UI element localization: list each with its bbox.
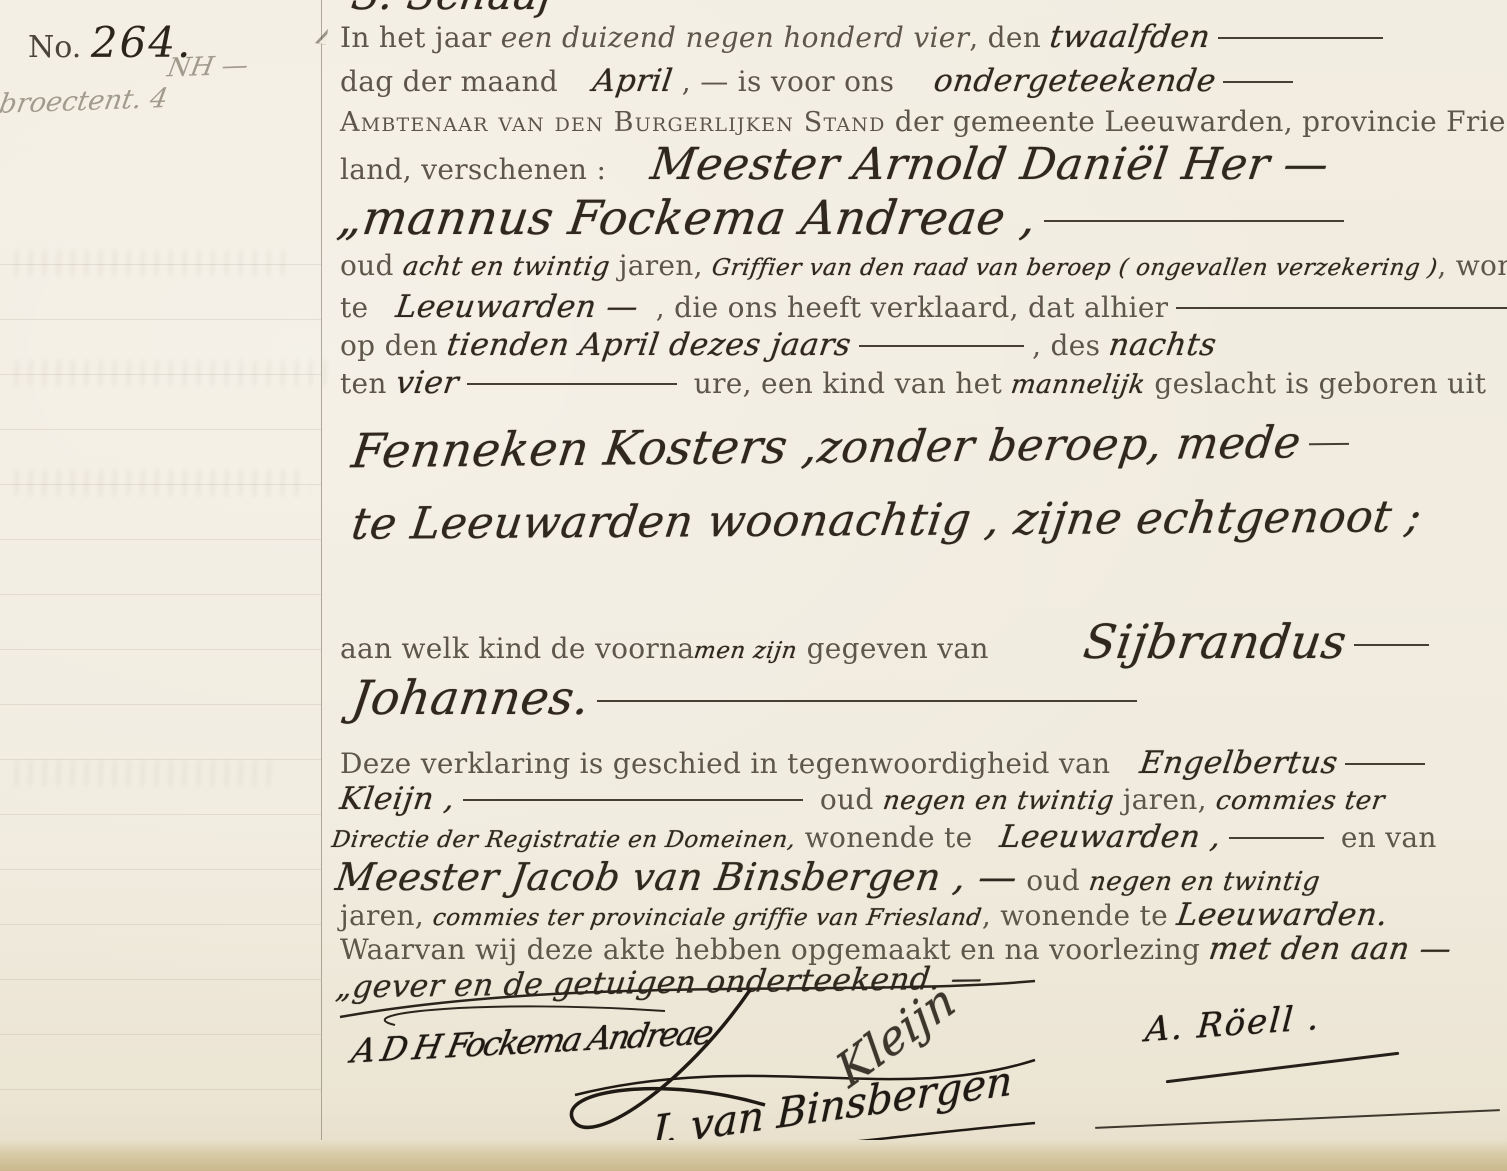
printed-text: In het jaar	[340, 21, 501, 54]
printed-text: en van	[1332, 821, 1437, 854]
handwritten-declarant-name-2: „mannus Fockema Andreae ,	[334, 192, 1040, 246]
filler-rule	[1309, 443, 1349, 445]
act-number-label: No.	[28, 30, 81, 65]
printed-text: oud	[1017, 864, 1089, 897]
handwritten-undersigned: ondergeteekende	[931, 64, 1218, 100]
printed-smallcaps: Ambtenaar van den Burgerlijken Stand	[340, 107, 886, 138]
top-cutoff-inscription: S. Schaaf	[349, 0, 559, 19]
handwritten-mother-occupation: zonder beroep, mede	[815, 418, 1304, 474]
book-page-edge	[0, 1140, 1507, 1171]
printed-text: jaren,	[340, 899, 433, 932]
handwritten-month: April	[591, 64, 675, 100]
act-line-witness1-occ: Directie der Registratie en Domeinen, wo…	[332, 820, 1437, 856]
act-line-year: In het jaar een duizend negen honderd vi…	[340, 20, 1391, 56]
printed-text: gegeven van	[797, 632, 988, 665]
handwritten-witness1-age: negen en twintig	[881, 787, 1116, 817]
act-line-declarant-2: „mannus Fockema Andreae ,	[338, 192, 1352, 246]
filler-rule	[859, 345, 1024, 347]
act-line-witness1: Kleijn , oud negen en twintig jaren, com…	[340, 782, 1385, 818]
handwritten-witness1-residence: Leeuwarden ,	[997, 820, 1223, 856]
act-line-hour-sex: ten vier ure, een kind van het mannelijk…	[340, 366, 1486, 402]
handwritten-hour: vier	[393, 366, 461, 402]
handwritten-witness2-name: Meester Jacob van Binsbergen , —	[333, 856, 1020, 900]
bleedthrough-mark	[10, 470, 310, 496]
act-line-witness2-occ: jaren, commies ter provinciale griffie v…	[340, 898, 1388, 934]
act-line-residence: te Leeuwarden —, die ons heeft verklaard…	[340, 290, 1507, 326]
handwritten-firstname-2: Johannes.	[348, 672, 593, 726]
act-line-mother-2: te Leeuwarden woonachtig , zijne echtgen…	[352, 492, 1422, 550]
filler-rule	[1345, 763, 1425, 765]
printed-text: op den	[340, 329, 447, 362]
printed-text: oud	[340, 249, 403, 282]
handwritten-mother-residence: te Leeuwarden woonachtig , zijne echtgen…	[349, 492, 1425, 550]
handwritten-witness1-surname: Kleijn ,	[337, 782, 457, 818]
printed-text: , des	[1032, 329, 1109, 362]
printed-text: oud	[811, 783, 883, 816]
filler-rule	[1044, 220, 1344, 222]
printed-text: jaren,	[610, 249, 712, 282]
pencil-annotation: NH —	[165, 51, 251, 84]
handwritten-insert: men zijn	[693, 638, 800, 664]
printed-text: , den	[969, 21, 1050, 54]
filler-rule	[1354, 644, 1429, 646]
margin-divider-line	[321, 0, 322, 1171]
act-line-given-names-2: Johannes.	[352, 672, 1145, 726]
act-line-appeared: land, verschenen : Meester Arnold Daniël…	[340, 140, 1329, 191]
handwritten-mother-name: Fenneken Kosters ,	[349, 420, 822, 479]
handwritten-witness2-residence: Leeuwarden.	[1175, 898, 1391, 934]
act-line-witness-intro: Deze verklaring is geschied in tegenwoor…	[340, 746, 1433, 782]
printed-text: jaren,	[1114, 783, 1216, 816]
printed-text: geslacht is geboren uit	[1145, 367, 1486, 400]
bleedthrough-mark	[10, 250, 290, 276]
act-line-month: dag der maand April , — is voor ons onde…	[340, 64, 1301, 100]
handwritten-witness1-occupation-2: Directie der Registratie en Domeinen,	[330, 827, 797, 853]
handwritten-witness2-age: negen en twintig	[1087, 868, 1322, 898]
printed-text: te	[340, 291, 378, 324]
act-line-birthdate: op den tienden April dezes jaars, des na…	[340, 328, 1217, 364]
handwritten-witness1-occupation-1: commies ter	[1214, 787, 1387, 817]
handwritten-day: twaalfden	[1048, 20, 1213, 56]
printed-text: der gemeente Leeuwarden, provincie Fries…	[886, 105, 1507, 138]
handwritten-sex: mannelijk	[1009, 371, 1147, 401]
filler-rule	[467, 383, 677, 385]
bleedthrough-mark	[10, 760, 270, 786]
filler-rule	[1218, 37, 1383, 39]
act-line-mother-1: Fenneken Kosters , zonder beroep, mede	[352, 415, 1357, 480]
act-line-given-names: aan welk kind de voornamen zijn gegeven …	[340, 616, 1437, 670]
printed-text: aan welk kind de voorna	[340, 632, 694, 665]
filler-rule	[463, 799, 803, 801]
handwritten-birthdate: tienden April dezes jaars	[445, 328, 854, 364]
printed-text: , wonende	[1437, 249, 1507, 282]
bleedthrough-mark	[10, 360, 330, 386]
printed-text: land, verschenen :	[340, 153, 615, 186]
printed-year: een duizend negen honderd vier	[501, 21, 970, 54]
printed-text: ten	[340, 367, 396, 400]
handwritten-daypart: nachts	[1107, 328, 1219, 364]
filler-rule	[1229, 837, 1324, 839]
handwritten-occupation: Griffier van den raad van beroep ( ongev…	[710, 255, 1439, 281]
scanned-birth-record-page: { "document": { "margin": { "no_line": "…	[0, 0, 1507, 1171]
pencil-annotation: broectent. 4	[0, 83, 170, 120]
fold-caret-mark-inner	[318, 32, 327, 44]
printed-text: dag der maand	[340, 65, 567, 98]
filler-rule	[597, 700, 1137, 702]
act-line-age-occupation: oud acht en twintig jaren, Griffier van …	[340, 250, 1507, 283]
handwritten-witness2-occupation: commies ter provinciale griffie van Frie…	[431, 905, 983, 931]
handwritten-age: acht en twintig	[401, 253, 612, 283]
act-line-official: Ambtenaar van den Burgerlijken Stand der…	[340, 106, 1507, 138]
filler-rule	[1223, 81, 1293, 83]
printed-text: Deze verklaring is geschied in tegenwoor…	[340, 747, 1120, 780]
printed-text: , die ons heeft verklaard, dat alhier	[656, 291, 1169, 324]
handwritten-declarant-name-1: Meester Arnold Daniël Her —	[648, 140, 1332, 191]
act-line-witness2: Meester Jacob van Binsbergen , — oud neg…	[336, 856, 1320, 900]
handwritten-witness1-firstname: Engelbertus	[1137, 746, 1340, 782]
printed-text: , — is voor ons	[673, 65, 904, 98]
printed-text: ure, een kind van het	[685, 367, 1012, 400]
act-number-block: No. 264.	[28, 18, 192, 67]
printed-text: , wonende te	[982, 899, 1177, 932]
handwritten-residence: Leeuwarden —	[393, 290, 640, 326]
printed-text: wonende te	[796, 821, 982, 854]
handwritten-firstname-1: Sijbrandus	[1080, 616, 1350, 670]
margin-ruled-lines	[0, 210, 321, 1130]
filler-rule	[1176, 307, 1507, 309]
